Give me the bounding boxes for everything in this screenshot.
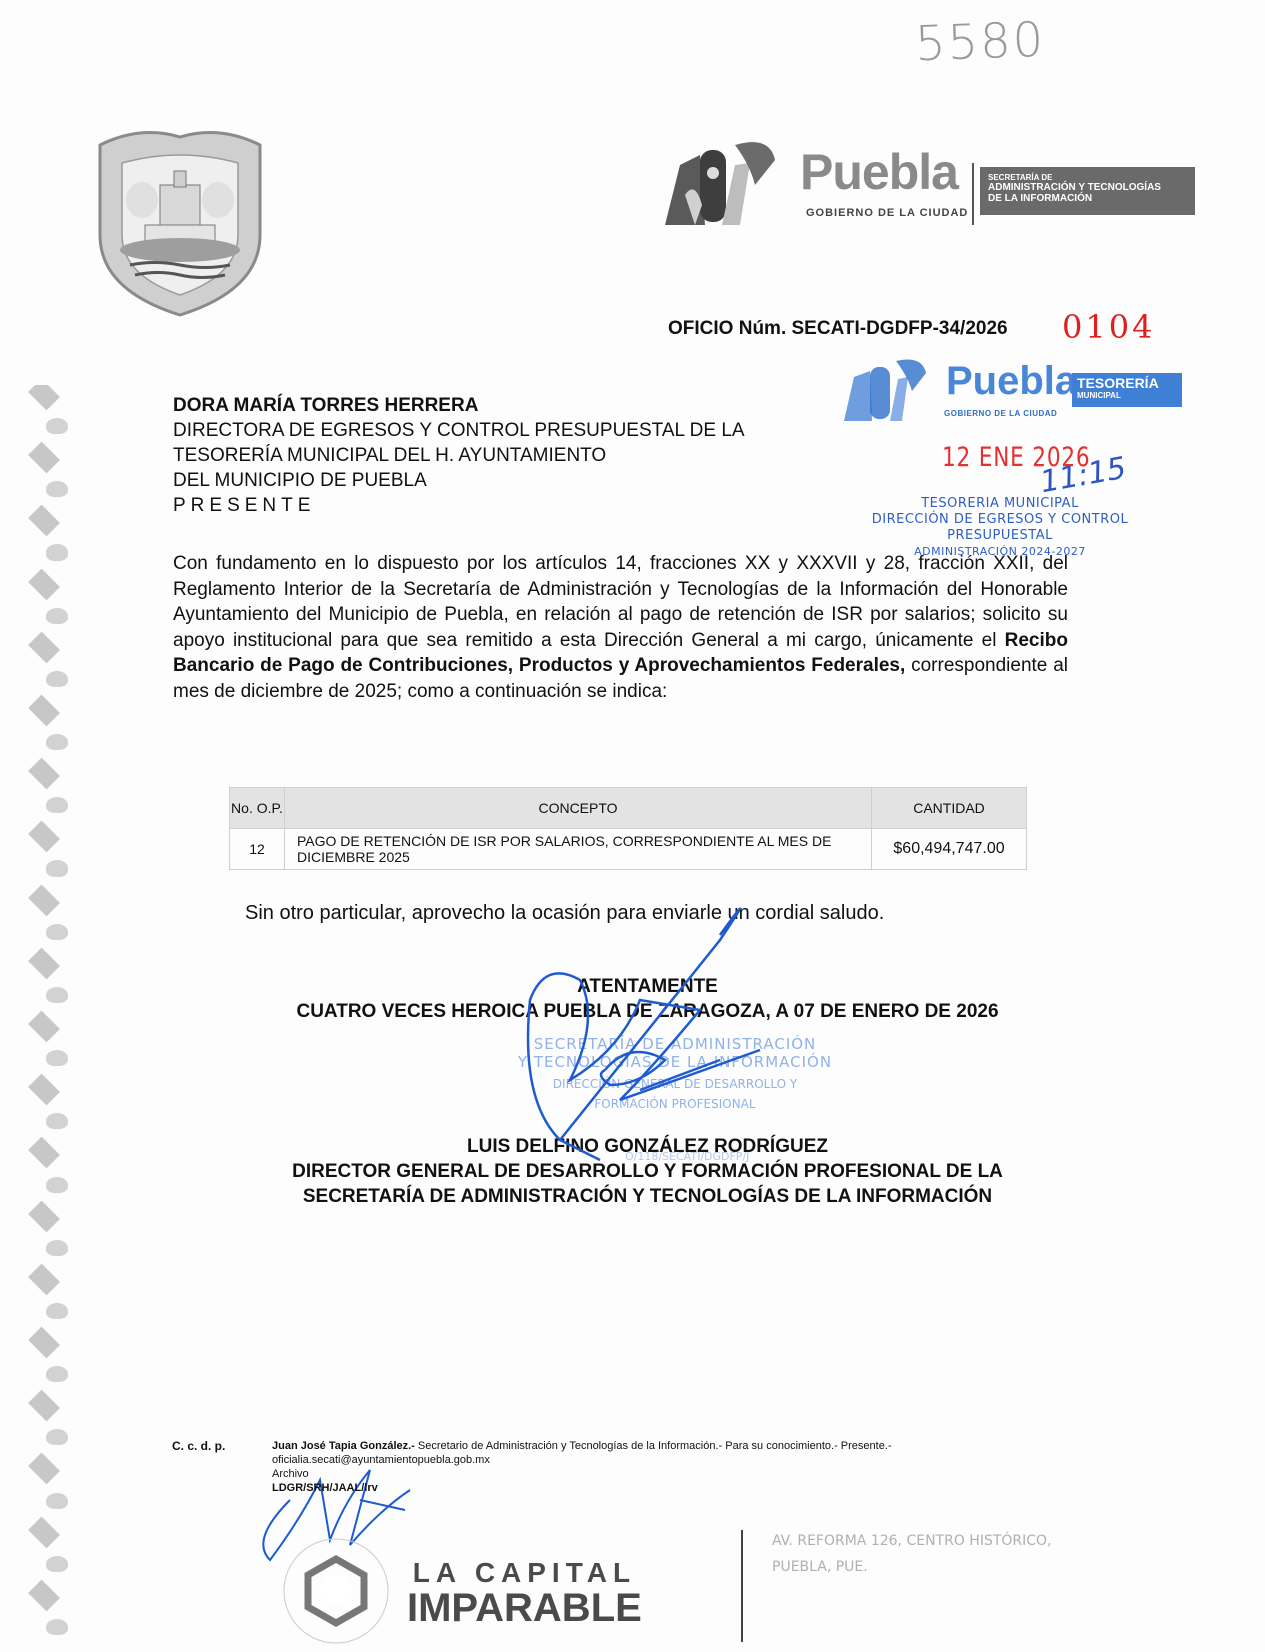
address-line-2: PUEBLA, PUE. [772,1554,1052,1580]
closing-line: Sin otro particular, aprovecho la ocasió… [245,902,884,925]
secretaria-line-2: DE LA INFORMACIÓN [988,193,1189,204]
secretaria-line-1: ADMINISTRACIÓN Y TECNOLOGÍAS [988,182,1189,193]
handwritten-control-number: 5580 [914,12,1046,73]
cell-concepto: PAGO DE RETENCIÓN DE ISR POR SALARIOS, C… [285,829,872,870]
puebla-city-mark-icon [840,355,930,425]
ccp-block: Juan José Tapia González.- Secretario de… [272,1439,1092,1495]
secretaria-small: SECRETARÍA DE [988,173,1189,182]
coat-of-arms-icon [90,115,270,320]
signer-title-1: DIRECTOR GENERAL DE DESARROLLO Y FORMACI… [0,1161,1265,1183]
seal-line-3: DIRECCIÓN GENERAL DE DESARROLLO Y [495,1077,855,1091]
ccp-initials: LDGR/SRH/JAAL/lrv [272,1481,1092,1495]
recipient-title-3: DEL MUNICIPIO DE PUEBLA [173,468,745,493]
signer-name: LUIS DELFINO GONZÁLEZ RODRÍGUEZ [0,1136,1265,1158]
seal-line-1: SECRETARÍA DE ADMINISTRACIÓN [495,1035,855,1053]
puebla-city-mark-icon [660,135,780,230]
tesoreria-stamp-logo: Puebla GOBIERNO DE LA CIUDAD TESORERÍA M… [840,355,1180,425]
address-line-1: AV. REFORMA 126, CENTRO HISTÓRICO, [772,1528,1052,1554]
header-cantidad: CANTIDAD [872,788,1027,829]
red-folio-stamp: 0104 [1062,308,1155,346]
recipient-title-2: TESORERÍA MUNICIPAL DEL H. AYUNTAMIENTO [173,443,745,468]
la-capital-imparable-logo: LA CAPITAL IMPARABLE [407,1557,642,1627]
norma-igualdad-seal-icon [280,1535,392,1647]
stamp-line-1: TESORERIA MUNICIPAL [850,496,1150,512]
stamp-line-2: DIRECCIÓN DE EGRESOS Y CONTROL [850,512,1150,528]
slogan-top: LA CAPITAL [407,1557,642,1589]
header-concepto: CONCEPTO [285,788,872,829]
recipient-name: DORA MARÍA TORRES HERRERA [173,393,745,418]
recipient-title-1: DIRECTORA DE EGRESOS Y CONTROL PRESUPUES… [173,418,745,443]
place-and-date: CUATRO VECES HEROICA PUEBLA DE ZARAGOZA,… [0,1001,1265,1023]
puebla-secati-logo: Puebla GOBIERNO DE LA CIUDAD SECRETARÍA … [660,135,1195,230]
logo-wordmark: Puebla [800,143,958,201]
recipient-block: DORA MARÍA TORRES HERRERA DIRECTORA DE E… [173,393,745,518]
ccp-email: oficialia.secati@ayuntamientopuebla.gob.… [272,1453,1092,1467]
seal-line-2: Y TECNOLOGÍAS DE LA INFORMACIÓN [495,1053,855,1071]
table-row: 12 PAGO DE RETENCIÓN DE ISR POR SALARIOS… [230,829,1027,870]
ccp-label: C. c. d. p. [172,1439,225,1453]
stamp-line-3: PRESUPUESTAL [850,528,1150,544]
ccp-archivo: Archivo [272,1467,1092,1481]
municipal-label: MUNICIPAL [1077,391,1177,400]
seal-line-4: FORMACIÓN PROFESIONAL [495,1097,855,1111]
secretaria-label-box: SECRETARÍA DE ADMINISTRACIÓN Y TECNOLOGÍ… [980,167,1195,215]
atentamente-label: ATENTAMENTE [0,976,1265,998]
ccp-text: Secretario de Administración y Tecnologí… [415,1440,892,1452]
body-paragraph: Con fundamento en lo dispuesto por los a… [173,551,1068,704]
stamp-logo-wordmark: Puebla [946,359,1077,404]
cell-no-op: 12 [230,829,285,870]
tesoreria-label-box: TESORERÍA MUNICIPAL [1072,373,1182,407]
footer-divider [741,1530,743,1642]
logo-divider [972,163,974,225]
payment-table: No. O.P. CONCEPTO CANTIDAD 12 PAGO DE RE… [229,787,1027,870]
secati-seal-stamp: SECRETARÍA DE ADMINISTRACIÓN Y TECNOLOGÍ… [495,1035,855,1111]
logo-subtitle: GOBIERNO DE LA CIUDAD [806,207,968,219]
tesoreria-label: TESORERÍA [1077,376,1177,391]
signer-title-2: SECRETARÍA DE ADMINISTRACIÓN Y TECNOLOGÍ… [0,1186,1265,1208]
stamp-logo-subtitle: GOBIERNO DE LA CIUDAD [944,409,1057,418]
oficio-number: OFICIO Núm. SECATI-DGDFP-34/2026 [668,318,1008,340]
presente-label: PRESENTE [173,493,745,518]
body-text-part-1: Con fundamento en lo dispuesto por los a… [173,553,1068,651]
table-header-row: No. O.P. CONCEPTO CANTIDAD [230,788,1027,829]
header-no-op: No. O.P. [230,788,285,829]
slogan-bottom: IMPARABLE [407,1589,642,1627]
ccp-person: Juan José Tapia González.- [272,1440,415,1452]
footer-address: AV. REFORMA 126, CENTRO HISTÓRICO, PUEBL… [772,1528,1052,1580]
cell-cantidad: $60,494,747.00 [872,829,1027,870]
